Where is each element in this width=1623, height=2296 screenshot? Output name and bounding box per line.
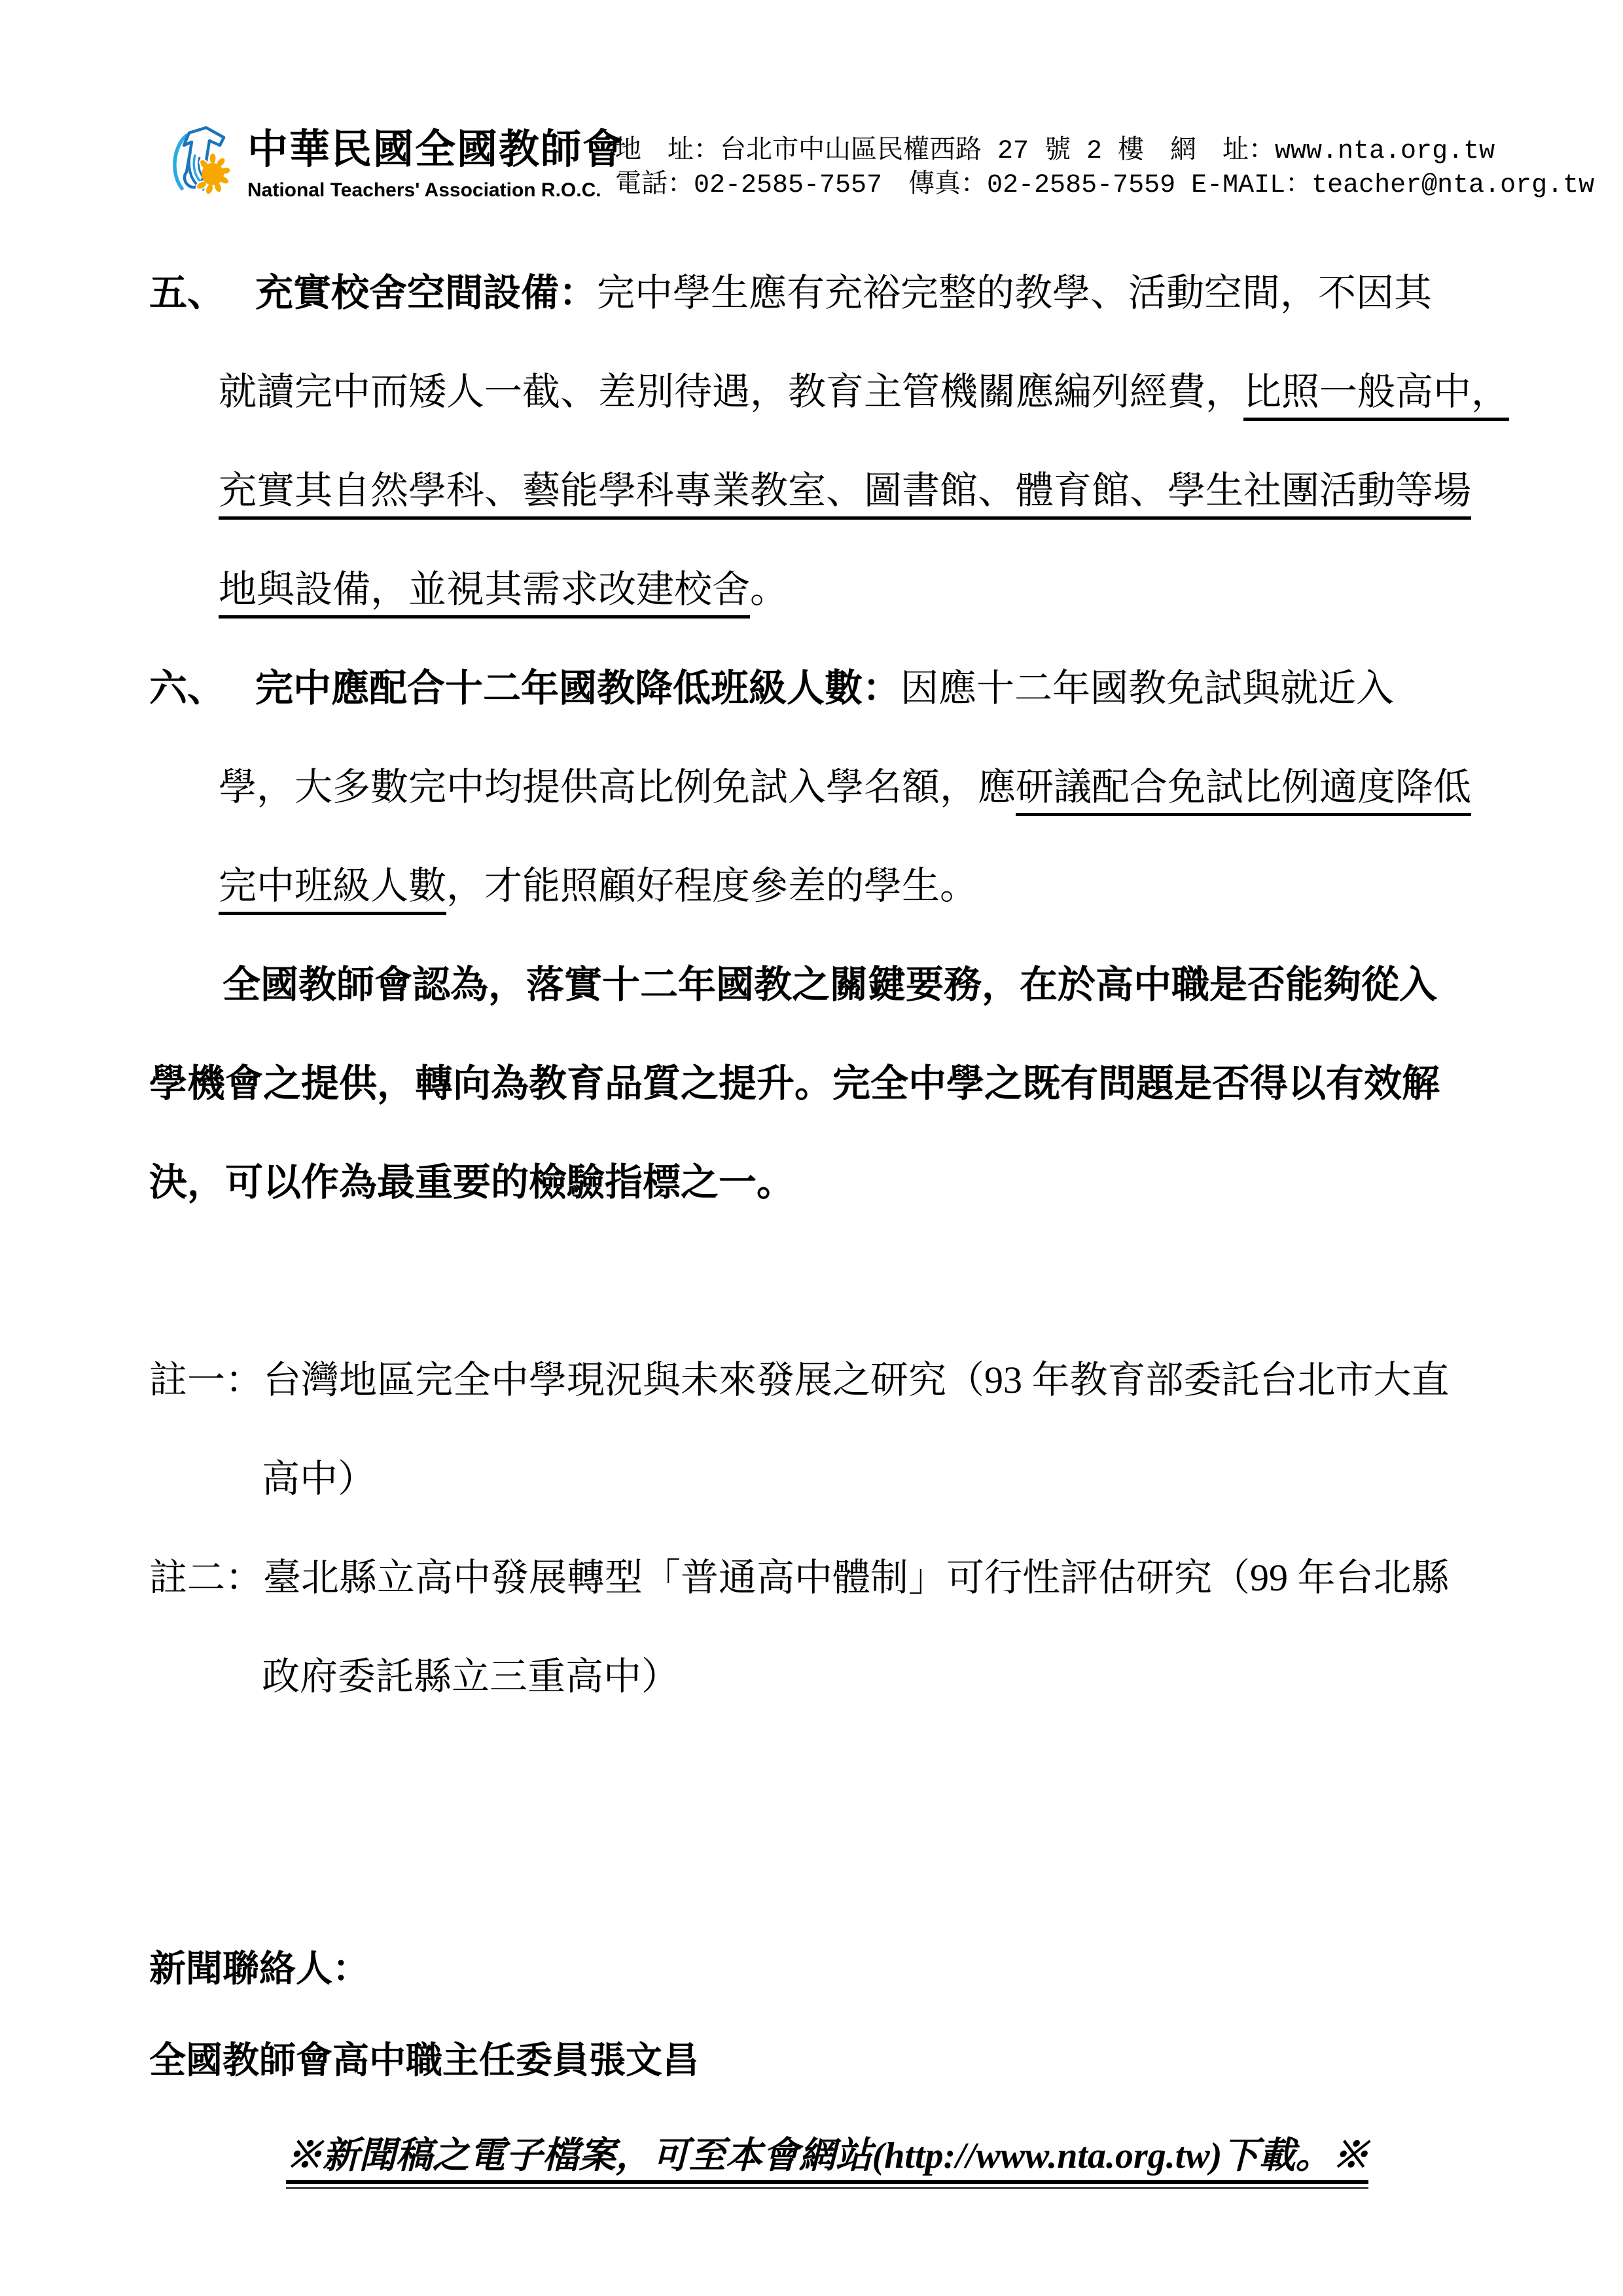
item5-text: 完中學生應有充裕完整的教學、活動空間，不因其 (597, 272, 1432, 314)
item5-underlined-text: 充實其自然學科、藝能學科專業教室、圖書館、體育館、學生社團活動等場 (219, 469, 1471, 520)
footnote1-line1: 註一：台灣地區完全中學現況與未來發展之研究（93 年教育部委託台北市大直 (149, 1331, 1505, 1429)
contact-address-line: 地 址：台北市中山區民權西路 27 號 2 樓 網 址：www.nta.org.… (615, 135, 1594, 169)
contact-info: 地 址：台北市中山區民權西路 27 號 2 樓 網 址：www.nta.org.… (615, 135, 1594, 203)
footer-underline-outer: ※新聞稿之電子檔案，可至本會網站(http://www.nta.org.tw)下… (286, 2136, 1369, 2189)
item6-number: 六、 (149, 639, 255, 738)
item6-line3: 完中班級人數，才能照顧好程度參差的學生。 (149, 836, 1505, 935)
conclusion-line2: 學機會之提供，轉向為教育品質之提升。完全中學之既有問題是否得以有效解 (149, 1034, 1505, 1133)
spacer (149, 1726, 1505, 1825)
document-body: 五、充實校舍空間設備：完中學生應有充裕完整的教學、活動空間，不因其 就讀完中而矮… (149, 243, 1505, 2206)
press-contact-person: 全國教師會高中職主任委員張文昌 (149, 2015, 1505, 2107)
item6-underlined-text: 研議配合免試比例適度降低 (1016, 766, 1471, 816)
item6-text: 學，大多數完中均提供高比例免試入學名額，應 (219, 766, 1016, 808)
spacer (149, 1232, 1505, 1331)
item5-line1: 五、充實校舍空間設備：完中學生應有充裕完整的教學、活動空間，不因其 (149, 243, 1505, 342)
item6-line2: 學，大多數完中均提供高比例免試入學名額，應研議配合免試比例適度降低 (149, 738, 1505, 836)
letterhead: 中華民國全國教師會 National Teachers' Association… (0, 0, 1623, 236)
item6-underlined-text: 完中班級人數 (219, 865, 446, 915)
org-name-en: National Teachers' Association R.O.C. (247, 179, 624, 202)
item6-text: ，才能照顧好程度參差的學生。 (446, 865, 978, 907)
footer-note-text: ※新聞稿之電子檔案，可至本會網站(http://www.nta.org.tw)下… (286, 2136, 1369, 2184)
footer-note: ※新聞稿之電子檔案，可至本會網站(http://www.nta.org.tw)下… (149, 2107, 1505, 2206)
footnote2-line2: 政府委託縣立三重高中） (149, 1627, 1505, 1726)
org-name-zh: 中華民國全國教師會 (247, 124, 624, 175)
org-logo: 中華民國全國教師會 National Teachers' Association… (168, 124, 624, 204)
conclusion-line1: 全國教師會認為，落實十二年國教之關鍵要務，在於高中職是否能夠從入 (149, 935, 1505, 1034)
item5-line3: 充實其自然學科、藝能學科專業教室、圖書館、體育館、學生社團活動等場 (149, 441, 1505, 540)
conclusion-line3: 決，可以作為最重要的檢驗指標之一。 (149, 1133, 1505, 1232)
footnote1-line2: 高中） (149, 1429, 1505, 1528)
item5-underlined-text: 地與設備，並視其需求改建校舍 (219, 568, 750, 619)
item6-heading: 完中應配合十二年國教降低班級人數： (255, 667, 901, 709)
sun-disc (202, 163, 224, 185)
item5-number: 五、 (149, 243, 255, 342)
document-page: 中華民國全國教師會 National Teachers' Association… (0, 0, 1623, 2296)
item6-text: 因應十二年國教免試與就近入 (901, 667, 1394, 709)
nta-logo-icon (168, 124, 230, 204)
contact-phone-line: 電話：02-2585-7557 傳真：02-2585-7559 E-MAIL：t… (615, 169, 1594, 203)
item6-line1: 六、完中應配合十二年國教降低班級人數：因應十二年國教免試與就近入 (149, 639, 1505, 738)
item5-underlined-text: 比照一般高中， (1243, 370, 1509, 421)
item5-text: 。 (750, 568, 788, 611)
item5-line4: 地與設備，並視其需求改建校舍。 (149, 540, 1505, 639)
item5-text: 就讀完中而矮人一截、差別待遇，教育主管機關應編列經費， (219, 370, 1243, 413)
item5-heading: 充實校舍空間設備： (255, 272, 597, 314)
org-name-block: 中華民國全國教師會 National Teachers' Association… (247, 124, 624, 202)
press-contact-heading: 新聞聯絡人： (149, 1924, 1505, 2015)
item5-line2: 就讀完中而矮人一截、差別待遇，教育主管機關應編列經費，比照一般高中， (149, 342, 1505, 441)
footnote2-line1: 註二：臺北縣立高中發展轉型「普通高中體制」可行性評估研究（99 年台北縣 (149, 1528, 1505, 1627)
spacer (149, 1825, 1505, 1924)
